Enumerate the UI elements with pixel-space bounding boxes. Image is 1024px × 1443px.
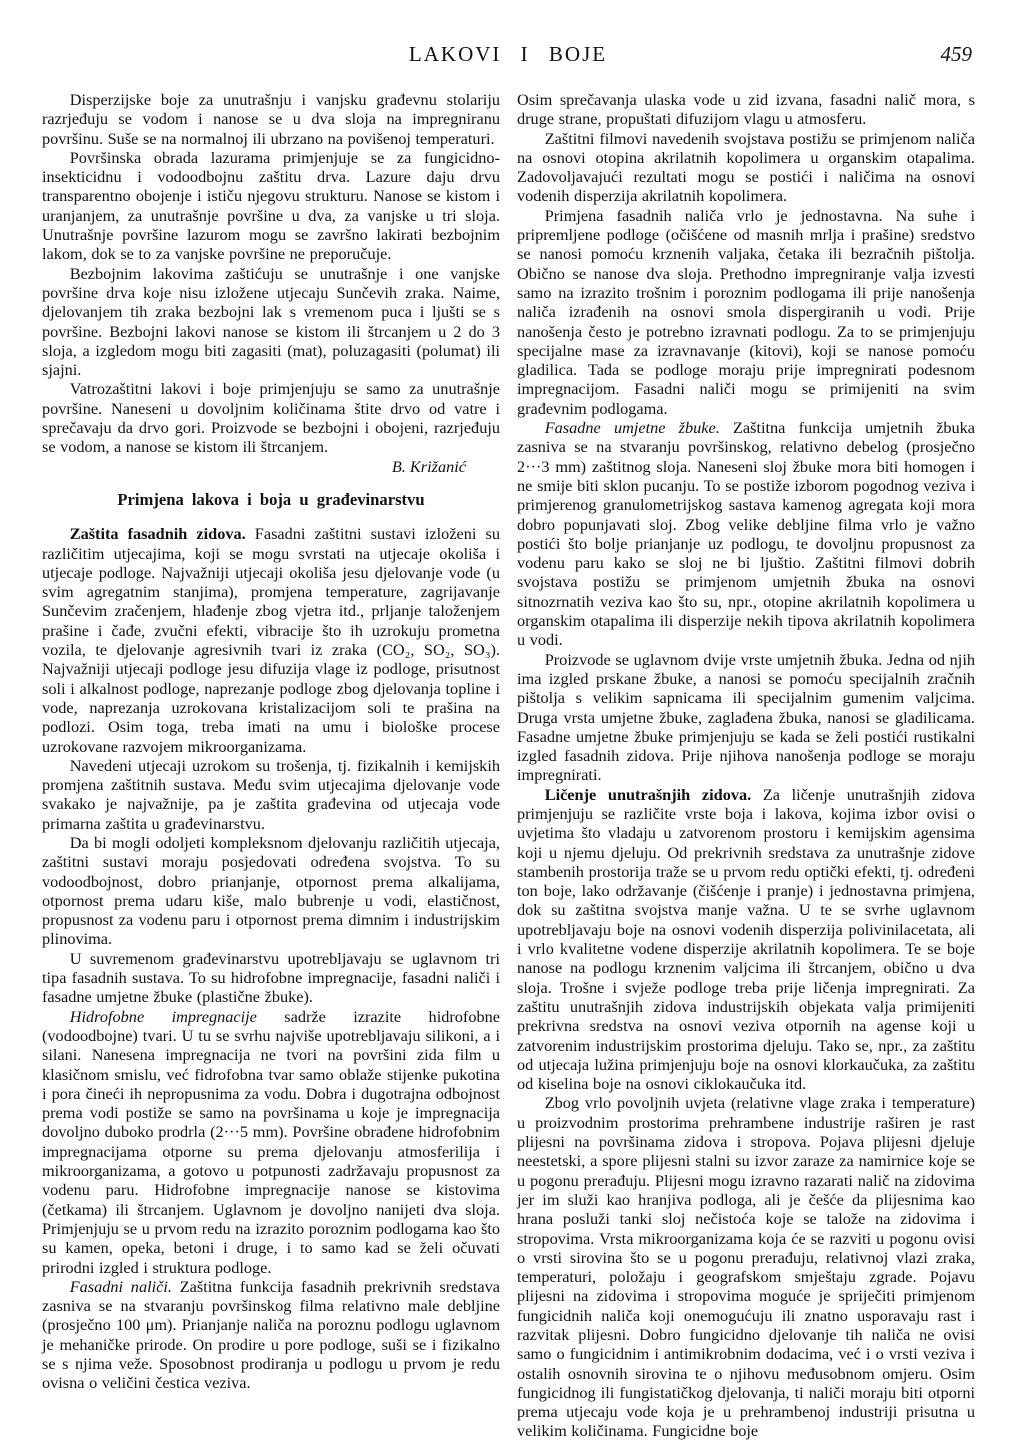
paragraph: Da bi mogli odoljeti kompleksnom djelova… <box>42 833 500 949</box>
paragraph-lead: Zaštita fasadnih zidova. <box>70 524 246 543</box>
section-heading: Primjena lakova i boja u građevinarstvu <box>42 490 500 509</box>
paragraph: U suvremenom građevinarstvu upotrebljava… <box>42 949 500 1007</box>
page-number: 459 <box>941 42 973 67</box>
paragraph-lead: Fasadni naliči. <box>70 1277 172 1296</box>
paragraph: Navedeni utjecaji uzrokom su trošenja, t… <box>42 756 500 833</box>
paragraph: Ličenje unutrašnjih zidova. Za ličenje u… <box>517 785 975 1094</box>
paragraph: Bezbojnim lakovima zaštićuju se unutrašn… <box>42 264 500 380</box>
page-title: LAKOVI I BOJE <box>42 42 974 67</box>
paragraph: Zbog vrlo povoljnih uvjeta (relativne vl… <box>517 1093 975 1440</box>
paragraph-lead: Ličenje unutrašnjih zidova. <box>545 785 751 804</box>
author-signature: B. Križanić <box>42 457 500 476</box>
paragraph: Površinska obrada lazurama primjenjuje s… <box>42 148 500 264</box>
paragraph: Vatrozaštitni lakovi i boje primjenjuju … <box>42 379 500 456</box>
paragraph: Osim sprečavanja ulaska vode u zid izvan… <box>517 90 975 129</box>
paragraph-lead: Hidrofobne impregnacije <box>70 1007 257 1026</box>
book-page: LAKOVI I BOJE 459 Disperzijske boje za u… <box>0 0 1024 1443</box>
running-head: LAKOVI I BOJE 459 <box>42 42 974 66</box>
paragraph: Proizvode se uglavnom dvije vrste umjetn… <box>517 650 975 785</box>
paragraph: Fasadni naliči. Zaštitna funkcija fasadn… <box>42 1277 500 1393</box>
paragraph: Zaštitni filmovi navedenih svojstava pos… <box>517 129 975 206</box>
paragraph: Fasadne umjetne žbuke. Zaštitna funkcija… <box>517 418 975 650</box>
right-column: Osim sprečavanja ulaska vode u zid izvan… <box>517 90 975 1441</box>
paragraph: Hidrofobne impregnacije sadrže izrazite … <box>42 1007 500 1277</box>
text-columns: Disperzijske boje za unutrašnju i vanjsk… <box>42 90 974 1441</box>
paragraph: Disperzijske boje za unutrašnju i vanjsk… <box>42 90 500 148</box>
left-column: Disperzijske boje za unutrašnju i vanjsk… <box>42 90 500 1441</box>
paragraph: Primjena fasadnih naliča vrlo je jednost… <box>517 206 975 418</box>
paragraph: Zaštita fasadnih zidova. Fasadni zaštitn… <box>42 524 500 756</box>
paragraph-lead: Fasadne umjetne žbuke. <box>545 418 720 437</box>
